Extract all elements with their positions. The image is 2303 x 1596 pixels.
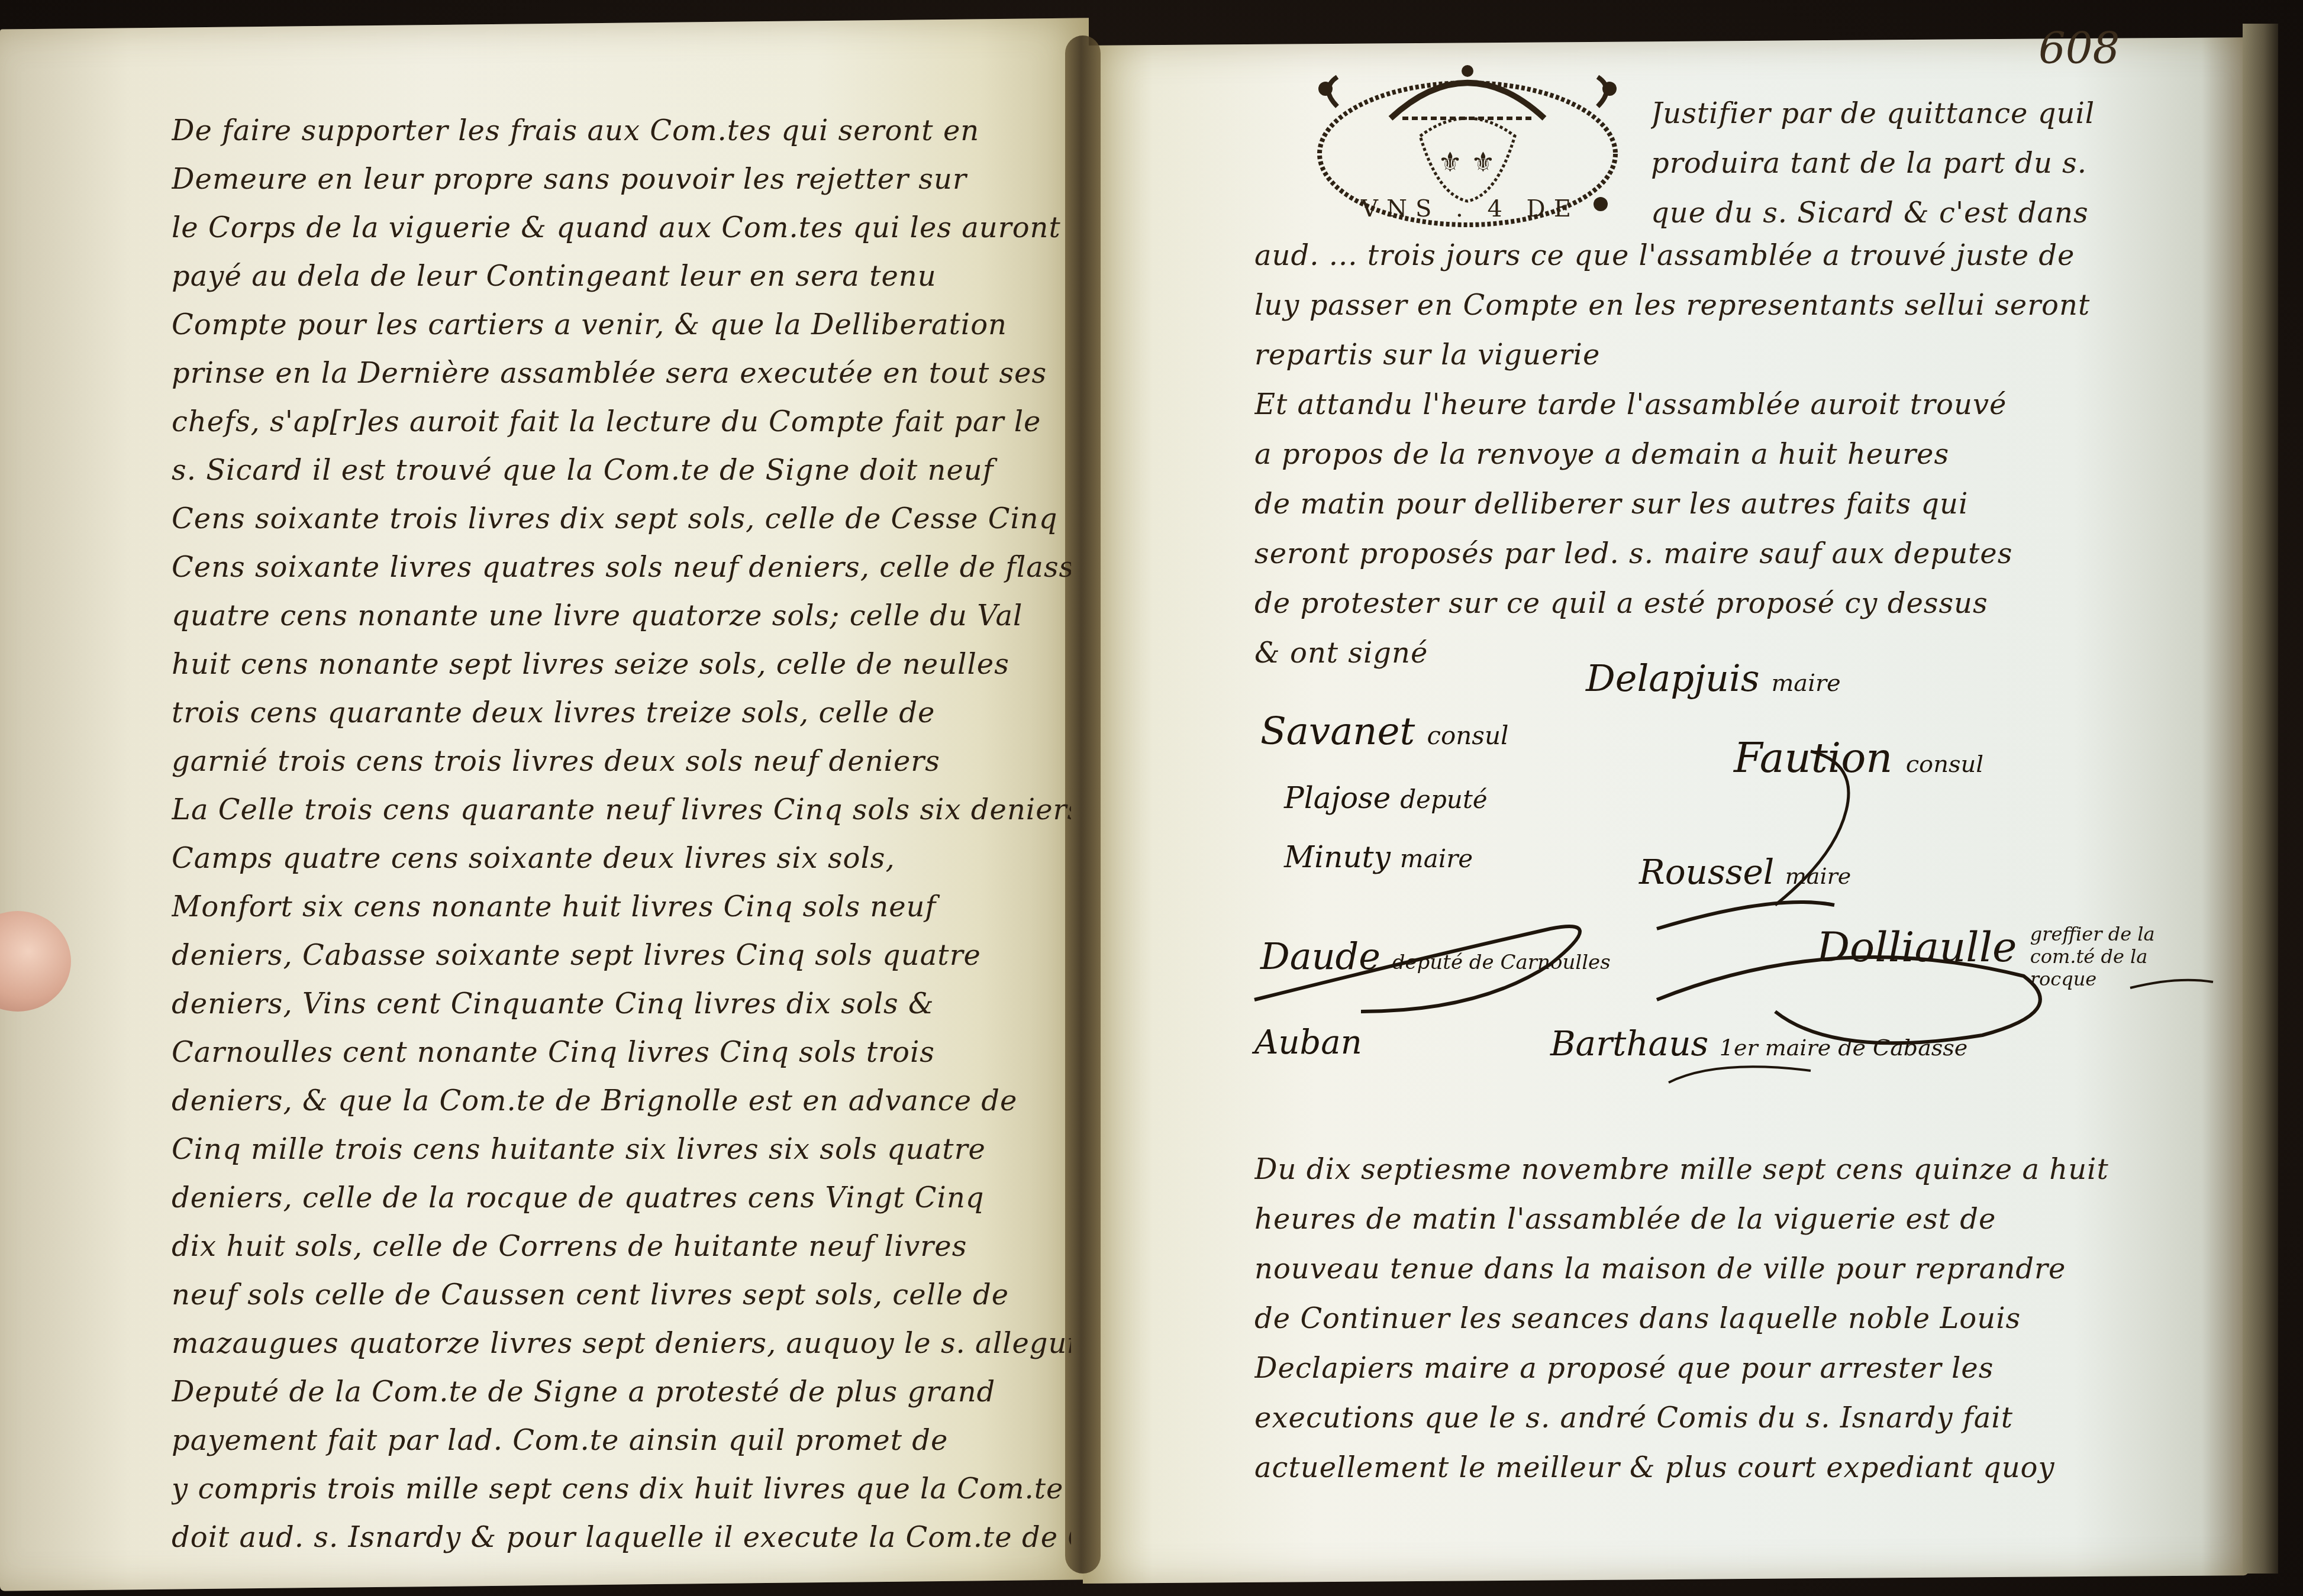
text-line: Cinq mille trois cens huitante six livre… <box>172 1125 1071 1174</box>
text-line: Cens soixante trois livres dix sept sols… <box>172 495 1071 543</box>
text-line: Deputé de la Com.te de Signe a protesté … <box>172 1368 1071 1416</box>
text-line: nouveau tenue dans la maison de ville po… <box>1254 1244 2189 1294</box>
text-line: prinse en la Dernière assamblée sera exe… <box>172 349 1071 398</box>
text-line: deniers, Vins cent Cinquante Cinq livres… <box>172 980 1071 1028</box>
text-line: Et attandu l'heure tarde l'assamblée aur… <box>1254 380 2189 429</box>
text-line: le Corps de la viguerie & quand aux Com.… <box>172 203 1071 252</box>
text-line: Declapiers maire a proposé que pour arre… <box>1254 1343 2189 1393</box>
right-page-new-entry: Du dix septiesme novembre mille sept cen… <box>1254 1145 2189 1492</box>
text-line: Demeure en leur propre sans pouvoir les … <box>172 155 1071 203</box>
text-line: de protester sur ce quil a esté proposé … <box>1254 579 2189 628</box>
text-line: heures de matin l'assamblée de la viguer… <box>1254 1194 2189 1244</box>
text-line: doit aud. s. Isnardy & pour laquelle il … <box>172 1513 1071 1562</box>
text-line: produira tant de la part du s. <box>1651 138 2231 188</box>
text-line: chefs, s'ap[r]es auroit fait la lecture … <box>172 398 1071 446</box>
text-line: Compte pour les cartiers a venir, & que … <box>172 301 1071 349</box>
text-line: seront proposés par led. s. maire sauf a… <box>1254 529 2189 579</box>
open-manuscript-photo: De faire supporter les frais aux Com.tes… <box>0 0 2303 1596</box>
text-line: dix huit sols, celle de Correns de huita… <box>172 1222 1071 1271</box>
text-line: Cens soixante livres quatres sols neuf d… <box>172 543 1071 592</box>
text-line: de matin pour delliberer sur les autres … <box>1254 479 2189 529</box>
svg-text:⚜ ⚜: ⚜ ⚜ <box>1438 146 1495 178</box>
signature-flourishes <box>1243 680 2249 1106</box>
text-line: deniers, celle de la rocque de quatres c… <box>172 1174 1071 1222</box>
right-page-top-text: Justifier par de quittance quil produira… <box>1651 89 2231 238</box>
text-line: quatre cens nonante une livre quatorze s… <box>172 592 1071 640</box>
page-number: 608 <box>2038 24 2120 73</box>
text-line: Monfort six cens nonante huit livres Cin… <box>172 883 1071 931</box>
text-line: Justifier par de quittance quil <box>1651 89 2231 138</box>
text-line: neuf sols celle de Caussen cent livres s… <box>172 1271 1071 1319</box>
text-line: actuellement le meilleur & plus court ex… <box>1254 1443 2189 1492</box>
text-line: de Continuer les seances dans laquelle n… <box>1254 1294 2189 1343</box>
text-line: deniers, & que la Com.te de Brignolle es… <box>172 1077 1071 1125</box>
text-line: Carnoulles cent nonante Cinq livres Cinq… <box>172 1028 1071 1077</box>
text-line: y compris trois mille sept cens dix huit… <box>172 1465 1071 1513</box>
text-line: deniers, Cabasse soixante sept livres Ci… <box>172 931 1071 980</box>
text-line: repartis sur la viguerie <box>1254 330 2189 380</box>
text-line: s. Sicard il est trouvé que la Com.te de… <box>172 446 1071 495</box>
text-line: Du dix septiesme novembre mille sept cen… <box>1254 1145 2189 1194</box>
left-page-text: De faire supporter les frais aux Com.tes… <box>172 106 1071 1562</box>
text-line: trois cens quarante deux livres treize s… <box>172 689 1071 737</box>
text-line: mazaugues quatorze livres sept deniers, … <box>172 1319 1071 1368</box>
text-line: a propos de la renvoye a demain a huit h… <box>1254 429 2189 479</box>
text-line: Camps quatre cens soixante deux livres s… <box>172 834 1071 883</box>
right-page-main-text: aud. ... trois jours ce que l'assamblée … <box>1254 231 2189 678</box>
text-line: La Celle trois cens quarante neuf livres… <box>172 786 1071 834</box>
text-line: De faire supporter les frais aux Com.tes… <box>172 106 1071 155</box>
text-line: payé au dela de leur Contingeant leur en… <box>172 252 1071 301</box>
text-line: huit cens nonante sept livres seize sols… <box>172 640 1071 689</box>
text-line: executions que le s. andré Comis du s. I… <box>1254 1393 2189 1443</box>
text-line: luy passer en Compte en les representant… <box>1254 280 2189 330</box>
text-line: garnié trois cens trois livres deux sols… <box>172 737 1071 786</box>
stamp-legend: VNS . 4 DE <box>1361 195 1579 222</box>
text-line: aud. ... trois jours ce que l'assamblée … <box>1254 231 2189 280</box>
text-line: payement fait par lad. Com.te ainsin qui… <box>172 1416 1071 1465</box>
